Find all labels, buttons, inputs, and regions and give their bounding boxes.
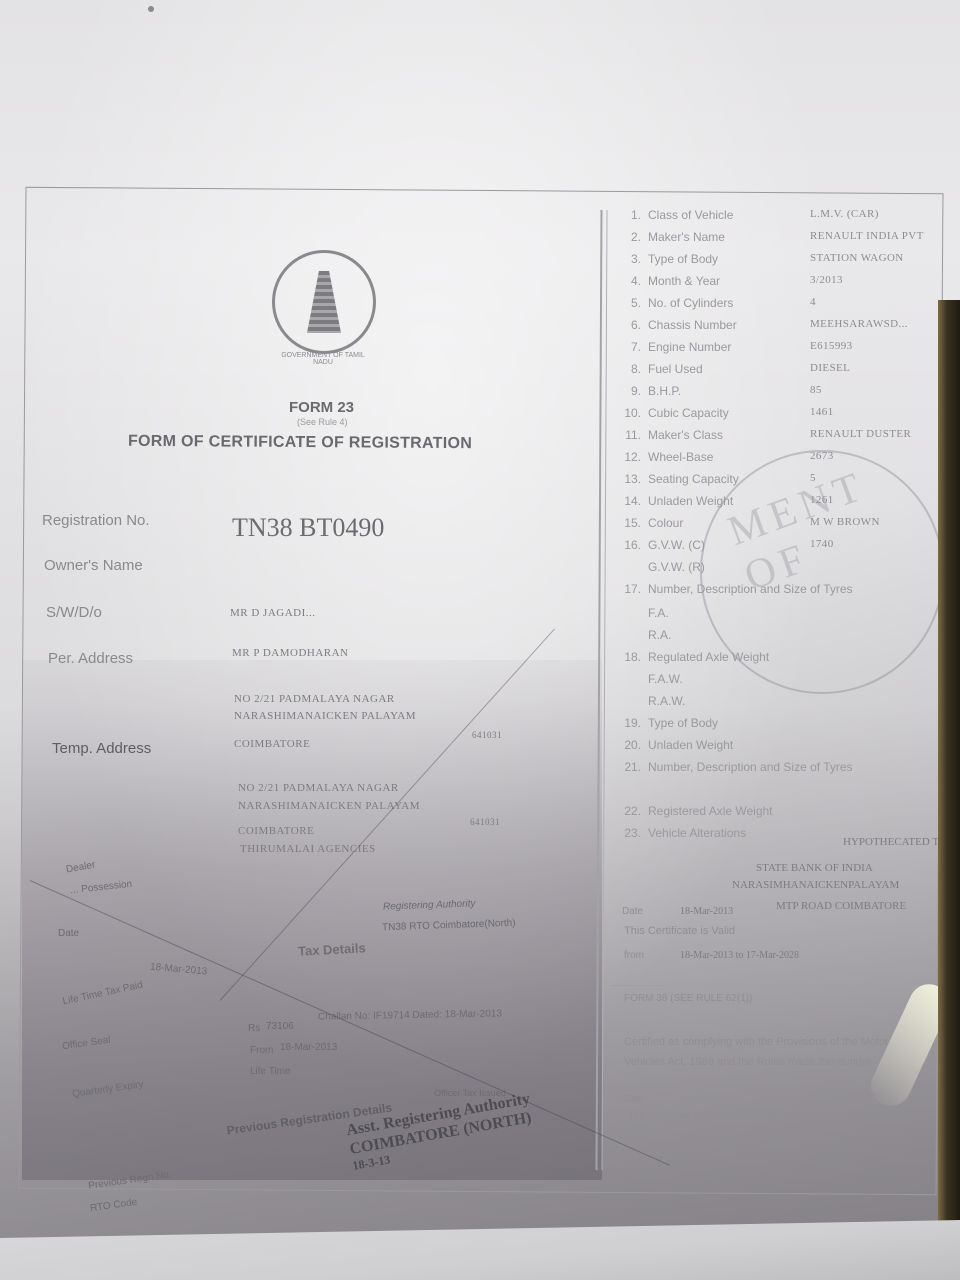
registration-number: TN38 BT0490 bbox=[232, 513, 384, 543]
row-number: 17. bbox=[617, 582, 641, 596]
row-label: Number, Description and Size of Tyres bbox=[648, 760, 853, 774]
row-value: RENAULT DUSTER bbox=[810, 428, 911, 440]
row-label: Type of Body bbox=[648, 716, 718, 730]
form38-title: FORM 38 (SEE RULE 62(1)) bbox=[624, 993, 752, 1004]
form38-divider bbox=[610, 985, 940, 986]
temp-address-line-1: NO 2/21 PADMALAYA NAGAR bbox=[234, 693, 395, 705]
row-value: L.M.V. (CAR) bbox=[810, 208, 879, 220]
row-number: 1. bbox=[617, 208, 641, 222]
row-label: Colour bbox=[648, 516, 683, 530]
row-label: Maker's Name bbox=[648, 230, 725, 244]
row-value: DIESEL bbox=[810, 362, 850, 374]
validity-range: 18-Mar-2013 to 17-Mar-2028 bbox=[680, 950, 799, 961]
row-value: 2673 bbox=[810, 450, 834, 462]
vehicle-detail-row: 13.Seating Capacity5 bbox=[617, 472, 957, 494]
vehicle-detail-row: 3.Type of BodySTATION WAGON bbox=[617, 252, 957, 274]
row-number: 4. bbox=[617, 274, 641, 288]
row-number: 2. bbox=[617, 230, 641, 244]
row-label: Number, Description and Size of Tyres bbox=[648, 582, 853, 596]
form38-date-label: Date bbox=[624, 1094, 645, 1105]
row-number: 19. bbox=[617, 716, 641, 730]
form-heading: FORM OF CERTIFICATE OF REGISTRATION bbox=[128, 433, 472, 453]
row-value: 1740 bbox=[810, 538, 834, 550]
row-number: 16. bbox=[617, 538, 641, 552]
row-value: 4 bbox=[810, 296, 816, 308]
frame-edge bbox=[938, 300, 960, 1280]
row-label: G.V.W. (R) bbox=[648, 560, 705, 574]
vehicle-detail-row: R.A.W. bbox=[617, 694, 957, 716]
row-label: Chassis Number bbox=[648, 318, 737, 332]
vehicle-detail-row: 12.Wheel-Base2673 bbox=[617, 450, 957, 472]
bank-line-1: STATE BANK OF INDIA bbox=[756, 862, 873, 874]
row-label: Unladen Weight bbox=[648, 494, 733, 508]
form38-line-1: Certified as complying with the Provisio… bbox=[624, 1036, 889, 1048]
row-label: Cubic Capacity bbox=[648, 406, 729, 420]
vehicle-detail-row: 7.Engine NumberE615993 bbox=[617, 340, 957, 362]
row-label: Regulated Axle Weight bbox=[648, 650, 769, 664]
row-label: Engine Number bbox=[648, 340, 731, 354]
row-number: 14. bbox=[617, 494, 641, 508]
vehicle-detail-row: 6.Chassis NumberMEEHSARAWSD... bbox=[617, 318, 957, 340]
perm-address-label: Per. Address bbox=[48, 650, 133, 667]
registration-label: Registration No. bbox=[42, 512, 150, 529]
date-label: Date bbox=[58, 928, 79, 939]
row-value: E615993 bbox=[810, 340, 853, 352]
tamil-nadu-emblem-icon bbox=[272, 250, 376, 354]
vehicle-detail-row: 14.Unladen Weight1261 bbox=[617, 494, 957, 516]
row-label: Fuel Used bbox=[648, 362, 703, 376]
row-label: Type of Body bbox=[648, 252, 718, 266]
row-number: 12. bbox=[617, 450, 641, 464]
vehicle-detail-row: R.A. bbox=[617, 628, 957, 650]
form38-renewal: The certificate of fitness is hereby ren… bbox=[628, 1110, 818, 1121]
form-rule: (See Rule 4) bbox=[297, 417, 348, 427]
temp-address-label: Temp. Address bbox=[52, 740, 151, 757]
tax-from-date: 18-Mar-2013 bbox=[280, 1042, 337, 1053]
perm-address-line-3: COIMBATORE bbox=[238, 825, 314, 837]
hypothecation-title: HYPOTHECATED TO bbox=[843, 836, 947, 848]
row-value: 3/2013 bbox=[810, 274, 843, 286]
row-value: 85 bbox=[810, 384, 822, 396]
row-value: 1461 bbox=[810, 406, 834, 418]
emblem-caption: GOVERNMENT OF TAMIL NADU bbox=[278, 352, 368, 366]
row-value: RENAULT INDIA PVT bbox=[810, 230, 924, 242]
row-number: 6. bbox=[617, 318, 641, 332]
vehicle-detail-row: 9.B.H.P.85 bbox=[617, 384, 957, 406]
swdo-label: S/W/D/o bbox=[46, 604, 102, 621]
temp-address-pin: 641031 bbox=[472, 730, 502, 740]
row-label: G.V.W. (C) bbox=[648, 538, 705, 552]
rto-code-label: RTO Code bbox=[89, 1197, 138, 1214]
bank-line-3: MTP ROAD COIMBATORE bbox=[776, 900, 906, 912]
vehicle-detail-row: G.V.W. (R) bbox=[617, 560, 957, 582]
row-number: 5. bbox=[617, 296, 641, 310]
row-number: 21. bbox=[617, 760, 641, 774]
perm-address-line-1: NO 2/21 PADMALAYA NAGAR bbox=[238, 782, 399, 794]
row-label: F.A.W. bbox=[648, 672, 683, 686]
swdo-value: MR D JAGADI... bbox=[230, 607, 316, 619]
row-number: 22. bbox=[617, 804, 641, 818]
validity-from-label: from bbox=[624, 950, 644, 961]
row-number: 9. bbox=[617, 384, 641, 398]
row-label: Unladen Weight bbox=[648, 738, 733, 752]
paper-mark bbox=[148, 6, 154, 12]
bank-line-2: NARASIMHANAICKENPALAYAM bbox=[732, 879, 899, 891]
validity-label: This Certificate is Valid bbox=[624, 925, 735, 937]
temp-address-line-2: NARASHIMANAICKEN PALAYAM bbox=[234, 710, 416, 722]
row-label: Wheel-Base bbox=[648, 450, 713, 464]
perm-address-value: MR P DAMODHARAN bbox=[232, 647, 349, 659]
vehicle-detail-row: 17.Number, Description and Size of Tyres bbox=[617, 582, 957, 604]
row-value: 5 bbox=[810, 472, 816, 484]
hypothecation-date: 18-Mar-2013 bbox=[680, 906, 733, 917]
vehicle-detail-row: 5.No. of Cylinders4 bbox=[617, 296, 957, 318]
row-label: Seating Capacity bbox=[648, 472, 739, 486]
vehicle-detail-row: 18.Regulated Axle Weight bbox=[617, 650, 957, 672]
form-number: FORM 23 bbox=[289, 399, 354, 416]
row-value: MEEHSARAWSD... bbox=[810, 318, 908, 330]
row-value: M W BROWN bbox=[810, 516, 880, 528]
row-label: Class of Vehicle bbox=[648, 208, 733, 222]
row-number: 3. bbox=[617, 252, 641, 266]
vehicle-detail-row: 10.Cubic Capacity1461 bbox=[617, 406, 957, 428]
row-label: R.A. bbox=[648, 628, 671, 642]
row-number: 13. bbox=[617, 472, 641, 486]
row-number: 18. bbox=[617, 650, 641, 664]
row-label: Month & Year bbox=[648, 274, 720, 288]
row-number: 23. bbox=[617, 826, 641, 840]
row-label: Registered Axle Weight bbox=[648, 804, 773, 818]
perm-address-pin: 641031 bbox=[470, 817, 500, 827]
row-number: 10. bbox=[617, 406, 641, 420]
vehicle-detail-row: 1.Class of VehicleL.M.V. (CAR) bbox=[617, 208, 957, 230]
paper-bottom-edge bbox=[0, 1220, 960, 1280]
hypothecation-date-label: Date bbox=[622, 906, 643, 917]
vehicle-detail-row: 19.Type of Body bbox=[617, 716, 957, 738]
row-number: 15. bbox=[617, 516, 641, 530]
row-label: F.A. bbox=[648, 606, 669, 620]
row-label: Maker's Class bbox=[648, 428, 723, 442]
vehicle-detail-row: 8.Fuel UsedDIESEL bbox=[617, 362, 957, 384]
vehicle-detail-row: 20.Unladen Weight bbox=[617, 738, 957, 760]
row-label: B.H.P. bbox=[648, 384, 681, 398]
row-label: No. of Cylinders bbox=[648, 296, 733, 310]
row-number: 20. bbox=[617, 738, 641, 752]
row-label: R.A.W. bbox=[648, 694, 685, 708]
row-number: 11. bbox=[617, 428, 641, 442]
vehicle-detail-row: 11.Maker's ClassRENAULT DUSTER bbox=[617, 428, 957, 450]
vehicle-detail-row: 22.Registered Axle Weight bbox=[617, 804, 957, 826]
row-number: 7. bbox=[617, 340, 641, 354]
row-value: 1261 bbox=[810, 494, 834, 506]
row-value: STATION WAGON bbox=[810, 252, 904, 264]
vehicle-detail-row: F.A. bbox=[617, 606, 957, 628]
tax-amount-prefix: Rs bbox=[248, 1023, 260, 1034]
vehicle-detail-row: F.A.W. bbox=[617, 672, 957, 694]
vehicle-detail-row: 16.G.V.W. (C)1740 bbox=[617, 538, 957, 560]
temple-tower-icon bbox=[307, 271, 341, 333]
row-number: 8. bbox=[617, 362, 641, 376]
owner-name-label: Owner's Name bbox=[44, 557, 143, 574]
row-label: Vehicle Alterations bbox=[648, 826, 746, 840]
vehicle-detail-row: 4.Month & Year3/2013 bbox=[617, 274, 957, 296]
tax-to-label: Life Time bbox=[250, 1066, 291, 1077]
vehicle-detail-row: 2.Maker's NameRENAULT INDIA PVT bbox=[617, 230, 957, 252]
vehicle-detail-row: 15.ColourM W BROWN bbox=[617, 516, 957, 538]
tax-amount: 73106 bbox=[266, 1021, 294, 1032]
form38-line-2: Vehicles Act, 1988 and the Rules made th… bbox=[624, 1056, 872, 1068]
temp-address-line-3: COIMBATORE bbox=[234, 738, 310, 750]
vehicle-detail-row: 21.Number, Description and Size of Tyres bbox=[617, 760, 957, 782]
tax-from-label: From bbox=[250, 1045, 273, 1056]
